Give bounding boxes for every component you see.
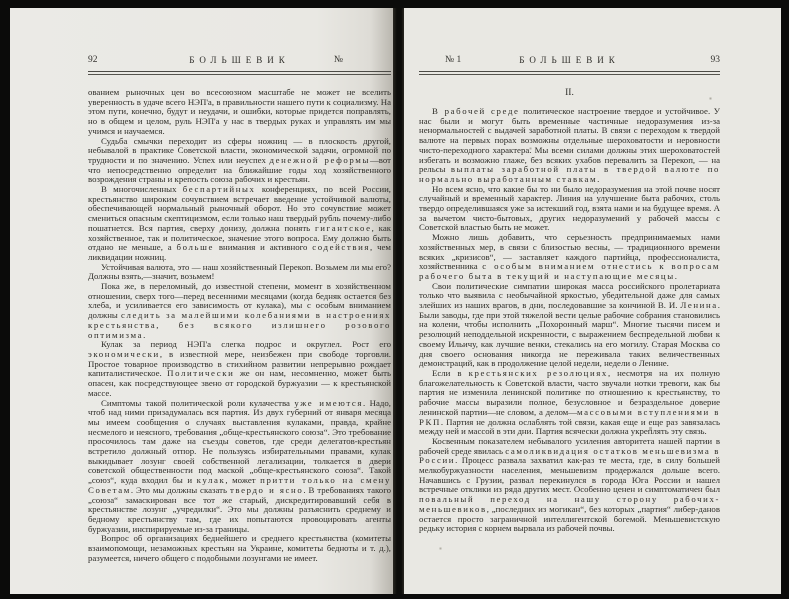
paragraph: Судьба смычки переходит из сферы ножниц … [88,137,391,186]
emphasized-text-run: денежной реформы [270,155,370,165]
right-page-header: № 1 БОЛЬШЕВИК 93 [419,55,720,68]
section-heading: II. [419,88,720,98]
paragraph: Пока же, в переломный, до известной степ… [88,282,391,340]
text-run: Но всем ясно, что какие бы то ни было не… [419,184,720,233]
text-run: . Партия не должна ослаблять той связи, … [419,417,720,437]
left-issue-label: № [334,55,343,65]
text-run: Если в [432,368,469,378]
emphasized-text-run: твердо и ясно [230,485,303,495]
emphasized-text-run: уже имеются [294,398,363,408]
journal-title: БОЛЬШЕВИК [88,55,391,65]
text-run: . Надо, чтоб над ними призадумалась вся … [88,398,391,486]
left-text-column: 92 БОЛЬШЕВИК № ованием рыночных цен во в… [88,55,391,563]
paragraph: ованием рыночных цен во всесоюзном масшт… [88,88,391,137]
paragraph: Косвенным показателем небывалого усилени… [419,437,720,534]
paragraph: Если в крестьянских резолюциях, несмотря… [419,369,720,437]
text-run: В многочисленных [101,184,183,194]
emphasized-text-run: содействия [312,242,370,252]
right-body-text: В рабочей среде политическое настроение … [419,107,720,534]
text-run: внимания и активного [214,242,312,252]
paragraph: Кулак за период НЭП'а слегка подрос и ок… [88,340,391,398]
page-left-92: 92 БОЛЬШЕВИК № ованием рыночных цен во в… [10,8,393,594]
journal-title: БОЛЬШЕВИК [419,55,720,65]
right-text-column: № 1 БОЛЬШЕВИК 93 II. В рабочей среде пол… [419,55,720,534]
text-run: . [597,174,599,184]
paragraph: В рабочей среде политическое настроение … [419,107,720,185]
paragraph: Вопрос об организациях беднейшего и сред… [88,534,391,563]
emphasized-text-run: беспартийных [183,184,256,194]
paragraph: В многочисленных беспартийных конференци… [88,185,391,263]
emphasized-text-run: Ленина [680,300,717,310]
emphasized-text-run: кулак [197,475,226,485]
left-page-header: 92 БОЛЬШЕВИК № [88,55,391,68]
paragraph: Но всем ясно, что какие бы то ни было не… [419,185,720,234]
emphasized-text-run: экономически [88,349,160,359]
emphasized-text-run: крестьянских резолюциях [469,368,608,378]
binding-gutter [393,8,404,594]
text-run: Свои политические симпатии широкая масса… [419,281,720,310]
text-run: Устойчивая валюта, это — наш хозяйственн… [88,262,391,282]
emphasized-text-run: следить за малейшими колебаниями в настр… [88,310,391,339]
right-page-number: 93 [711,55,721,65]
emphasized-text-run: гигантское [315,223,372,233]
paragraph: Устойчивая валюта, это — наш хозяйственн… [88,263,391,282]
header-rule [88,71,391,75]
text-run: . [143,330,145,340]
text-run: ованием рыночных цен во всесоюзном масшт… [88,87,391,136]
text-run: , может [225,475,260,485]
paragraph: Можно лишь добавить, что серьезность пре… [419,233,720,282]
page-right-93: № 1 БОЛЬШЕВИК 93 II. В рабочей среде пол… [404,8,781,594]
emphasized-text-run: больше [177,242,214,252]
paragraph: Свои политические симпатии широкая масса… [419,282,720,369]
text-run: . [675,271,677,281]
emphasized-text-run: выплаты заработной платы в твердой валют… [419,164,720,184]
text-run: . Были заводы, где при этой тяжелой вест… [419,300,720,368]
left-body-text: ованием рыночных цен во всесоюзном масшт… [88,88,391,563]
header-rule [419,71,720,75]
book-scan-spread: 92 БОЛЬШЕВИК № ованием рыночных цен во в… [10,8,781,594]
text-run: Симптомы такой политической роли кулачес… [101,398,294,408]
text-run: . Это мы должны сказать [131,485,230,495]
text-run: Вопрос об организациях беднейшего и сред… [88,533,391,562]
text-run: Кулак за период НЭП'а слегка подрос и ок… [101,339,391,349]
emphasized-text-run: В рабочей среде [432,106,520,116]
text-run: . Процесс развала захватил как-раз те ме… [419,455,720,494]
paragraph: Симптомы такой политической роли кулачес… [88,399,391,535]
emphasized-text-run: Политически [167,368,234,378]
